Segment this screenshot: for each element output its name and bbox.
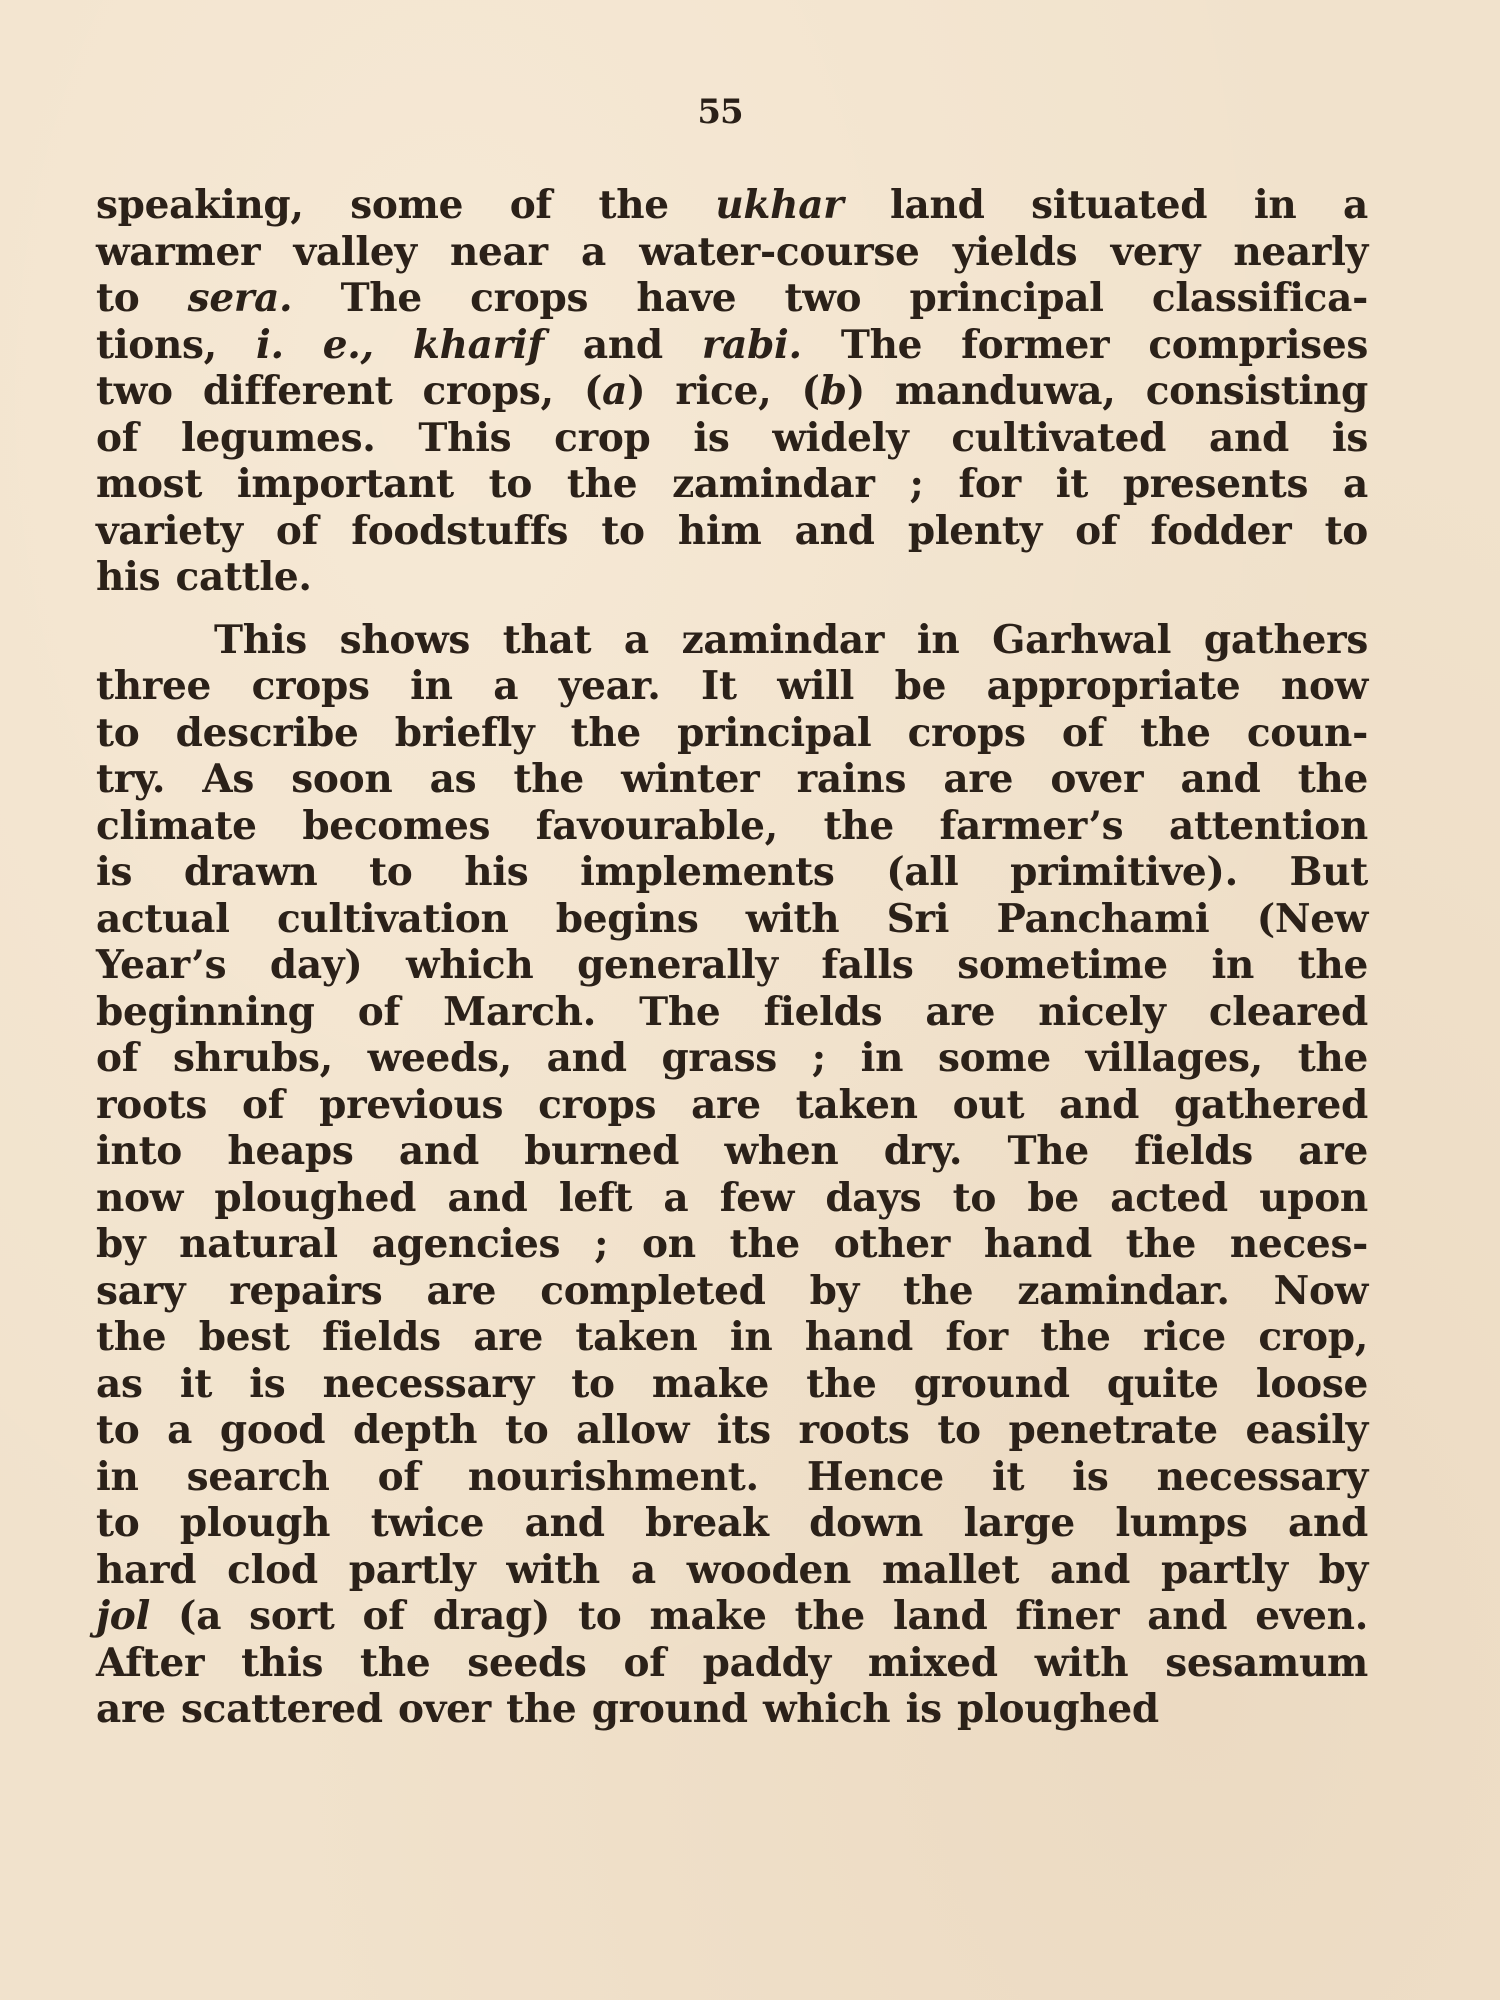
text-run: The former comprises (802, 322, 1368, 368)
text-run: tions, (96, 322, 256, 368)
text-run: Year’s day) which generally falls someti… (96, 942, 1368, 988)
body-text: speaking, some of the ukhar land situate… (96, 182, 1368, 1733)
text-line: most important to the zamindar ; for it … (96, 461, 1368, 508)
text-run: of shrubs, weeds, and grass ; in some vi… (96, 1035, 1368, 1081)
text-line: Year’s day) which generally falls someti… (96, 942, 1368, 989)
text-run: try. As soon as the winter rains are ove… (96, 756, 1368, 802)
text-run: ) rice, ( (627, 368, 820, 414)
text-run: This shows that a zamindar in Garhwal ga… (214, 617, 1368, 663)
paragraph: speaking, some of the ukhar land situate… (96, 182, 1368, 601)
text-line: jol (a sort of drag) to make the land fi… (96, 1593, 1368, 1640)
text-run: three crops in a year. It will be approp… (96, 663, 1368, 709)
text-line: sary repairs are completed by the zamind… (96, 1268, 1368, 1315)
text-run: warmer valley near a water-course yields… (96, 229, 1368, 275)
text-run: to (96, 275, 188, 321)
italic-term: a (602, 368, 627, 414)
text-line: to plough twice and break down large lum… (96, 1500, 1368, 1547)
italic-term: sera. (188, 275, 293, 321)
text-run: hard clod partly with a wooden mallet an… (96, 1547, 1368, 1593)
text-line: speaking, some of the ukhar land situate… (96, 182, 1368, 229)
italic-term: b (820, 368, 847, 414)
text-run: into heaps and burned when dry. The fiel… (96, 1128, 1368, 1174)
text-run: beginning of March. The fields are nicel… (96, 989, 1368, 1035)
text-run: After this the seeds of paddy mixed with… (96, 1640, 1368, 1686)
text-line: actual cultivation begins with Sri Panch… (96, 896, 1368, 943)
text-line: tions, i. e., kharif and rabi. The forme… (96, 322, 1368, 369)
text-line: to a good depth to allow its roots to pe… (96, 1407, 1368, 1454)
text-line: into heaps and burned when dry. The fiel… (96, 1128, 1368, 1175)
text-run: ) manduwa, consisting (847, 368, 1368, 414)
text-line: roots of previous crops are taken out an… (96, 1082, 1368, 1129)
text-run: to describe briefly the principal crops … (96, 710, 1368, 756)
text-run: as it is necessary to make the ground qu… (96, 1361, 1368, 1407)
italic-term: jol (96, 1593, 150, 1639)
text-run: sary repairs are completed by the zamind… (96, 1268, 1368, 1314)
text-line: in search of nourishment. Hence it is ne… (96, 1454, 1368, 1501)
text-run: is drawn to his implements (all primitiv… (96, 849, 1368, 895)
text-line: beginning of March. The fields are nicel… (96, 989, 1368, 1036)
text-line: are scattered over the ground which is p… (96, 1686, 1368, 1733)
text-line: his cattle. (96, 554, 1368, 601)
text-line: two different crops, (a) rice, (b) mandu… (96, 368, 1368, 415)
text-line: of shrubs, weeds, and grass ; in some vi… (96, 1035, 1368, 1082)
italic-term: kharif (413, 322, 544, 368)
text-run (374, 322, 413, 368)
text-line: as it is necessary to make the ground qu… (96, 1361, 1368, 1408)
text-line: to describe briefly the principal crops … (96, 710, 1368, 757)
text-run: variety of foodstuffs to him and plenty … (96, 508, 1368, 554)
text-run: roots of previous crops are taken out an… (96, 1082, 1368, 1128)
text-line: of legumes. This crop is widely cultivat… (96, 415, 1368, 462)
text-line: warmer valley near a water-course yields… (96, 229, 1368, 276)
text-line: three crops in a year. It will be approp… (96, 663, 1368, 710)
italic-term: rabi. (702, 322, 802, 368)
paragraph-gap (96, 601, 1368, 617)
text-line: is drawn to his implements (all primitiv… (96, 849, 1368, 896)
text-run: (a sort of drag) to make the land finer … (150, 1593, 1368, 1639)
text-line: variety of foodstuffs to him and plenty … (96, 508, 1368, 555)
text-run: by natural agencies ; on the other hand … (96, 1221, 1368, 1267)
text-run: of legumes. This crop is widely cultivat… (96, 415, 1368, 461)
text-run: to a good depth to allow its roots to pe… (96, 1407, 1368, 1453)
text-line: to sera. The crops have two principal cl… (96, 275, 1368, 322)
text-run: his cattle. (96, 554, 312, 600)
text-run: and (544, 322, 702, 368)
text-line: try. As soon as the winter rains are ove… (96, 756, 1368, 803)
text-run: two different crops, ( (96, 368, 602, 414)
italic-term: ukhar (715, 182, 843, 228)
text-line: After this the seeds of paddy mixed with… (96, 1640, 1368, 1687)
text-run: are scattered over the ground which is p… (96, 1686, 1159, 1732)
text-run: actual cultivation begins with Sri Panch… (96, 896, 1368, 942)
text-run: speaking, some of the (96, 182, 715, 228)
italic-term: i. e., (256, 322, 374, 368)
text-run: to plough twice and break down large lum… (96, 1500, 1368, 1546)
text-run: most important to the zamindar ; for it … (96, 461, 1368, 507)
text-run: the best fields are taken in hand for th… (96, 1314, 1368, 1360)
text-line: This shows that a zamindar in Garhwal ga… (96, 617, 1368, 664)
text-line: the best fields are taken in hand for th… (96, 1314, 1368, 1361)
text-line: climate becomes favourable, the farmer’s… (96, 803, 1368, 850)
text-run: climate becomes favourable, the farmer’s… (96, 803, 1368, 849)
text-line: now ploughed and left a few days to be a… (96, 1175, 1368, 1222)
text-run: land situated in a (843, 182, 1368, 228)
text-run: The crops have two principal classifica- (292, 275, 1368, 321)
text-run: in search of nourishment. Hence it is ne… (96, 1454, 1368, 1500)
paragraph: This shows that a zamindar in Garhwal ga… (96, 617, 1368, 1733)
page-number: 55 (0, 92, 1440, 132)
text-line: by natural agencies ; on the other hand … (96, 1221, 1368, 1268)
text-line: hard clod partly with a wooden mallet an… (96, 1547, 1368, 1594)
text-run: now ploughed and left a few days to be a… (96, 1175, 1368, 1221)
